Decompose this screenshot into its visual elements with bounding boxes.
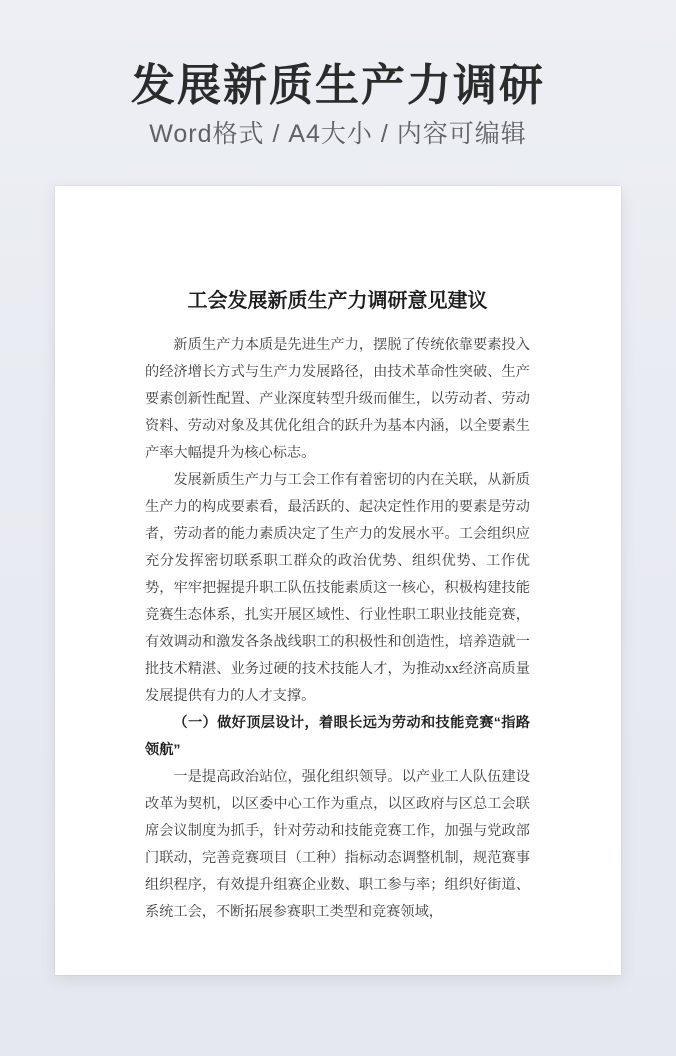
paragraph: 新质生产力本质是先进生产力，摆脱了传统依靠要素投入的经济增长方式与生产力发展路径… [145, 332, 530, 467]
template-header: 发展新质生产力调研 Word格式 / A4大小 / 内容可编辑 [0, 0, 676, 149]
paragraph: 一是提高政治站位，强化组织领导。以产业工人队伍建设改革为契机，以区委中心工作为重… [145, 764, 530, 926]
paragraph: 发展新质生产力与工会工作有着密切的内在关联，从新质生产力的构成要素看，最活跃的、… [145, 467, 530, 710]
document-body: 新质生产力本质是先进生产力，摆脱了传统依靠要素投入的经济增长方式与生产力发展路径… [145, 332, 530, 926]
template-title: 发展新质生产力调研 [0, 60, 676, 112]
document-page: 工会发展新质生产力调研意见建议 新质生产力本质是先进生产力，摆脱了传统依靠要素投… [55, 186, 621, 975]
document-title: 工会发展新质生产力调研意见建议 [145, 286, 530, 316]
template-subtitle: Word格式 / A4大小 / 内容可编辑 [0, 119, 676, 149]
section-heading: （一）做好顶层设计，着眼长远为劳动和技能竞赛“指路领航” [145, 710, 530, 764]
